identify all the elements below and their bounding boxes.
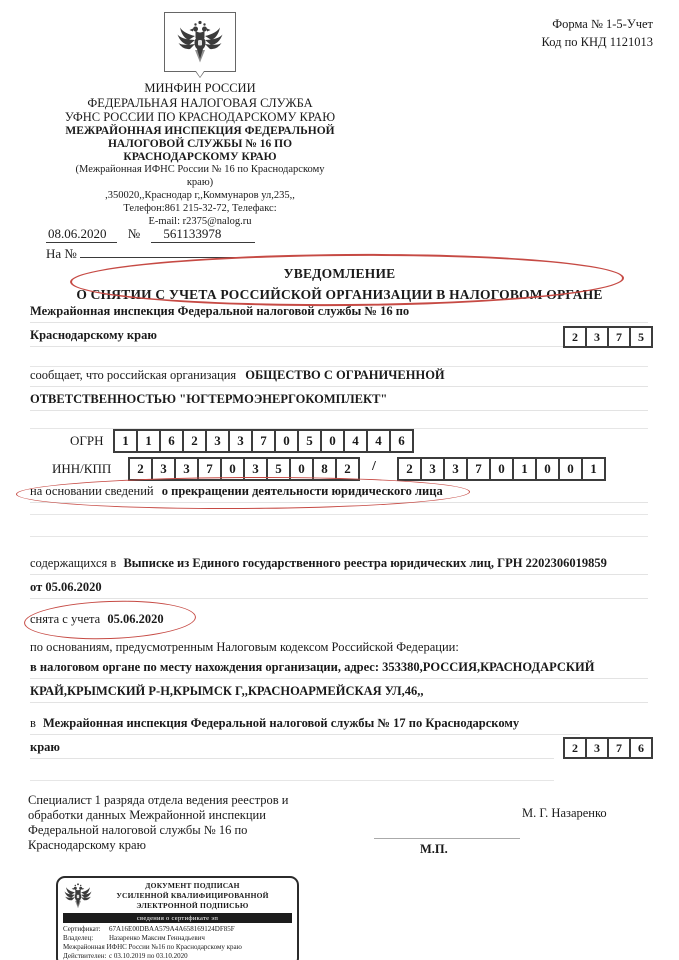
- letterhead-phone: Телефон:861 215-32-72, Телефакс:: [36, 203, 364, 216]
- inn-digit-cell: 2: [129, 458, 152, 480]
- seal-place-label: М.П.: [420, 842, 448, 857]
- code-digit-cell: 6: [630, 738, 652, 758]
- authority-name-line-2: Краснодарскому краю: [30, 328, 648, 347]
- form-number: Форма № 1-5-Учет: [542, 16, 653, 34]
- coat-of-arms-icon: [63, 881, 93, 911]
- ogrn-digit-cell: 1: [137, 430, 160, 452]
- signature-line: [374, 838, 520, 839]
- letterhead: МИНФИН РОССИИ ФЕДЕРАЛЬНАЯ НАЛОГОВАЯ СЛУЖ…: [36, 12, 364, 228]
- stamp-validity-row: Действителен: с 03.10.2019 по 03.10.2020: [63, 952, 292, 960]
- letterhead-line-bold: МЕЖРАЙОННАЯ ИНСПЕКЦИЯ ФЕДЕРАЛЬНОЙ: [36, 125, 364, 138]
- transfer-authority-line-2: краю: [30, 740, 554, 759]
- inn-boxes: 2 3 3 7 0 3 5 0 8 2: [128, 457, 360, 481]
- coat-of-arms-icon: [164, 12, 236, 72]
- kpp-digit-cell: 1: [582, 458, 605, 480]
- stamp-header: ДОКУМЕНТ ПОДПИСАН УСИЛЕННОЙ КВАЛИФИЦИРОВ…: [63, 881, 292, 911]
- letterhead-line-small: (Межрайонная ИФНС России № 16 по Краснод…: [36, 164, 364, 177]
- blank-field-line: [30, 766, 554, 781]
- letterhead-line-bold: КРАСНОДАРСКОМУ КРАЮ: [36, 151, 364, 164]
- inn-digit-cell: 3: [152, 458, 175, 480]
- kpp-digit-cell: 7: [467, 458, 490, 480]
- document-date: 08.06.2020: [46, 226, 117, 243]
- ogrn-label: ОГРН: [70, 433, 104, 449]
- kpp-digit-cell: 1: [513, 458, 536, 480]
- blank-field-line: [30, 414, 648, 429]
- letterhead-line: ФЕДЕРАЛЬНАЯ НАЛОГОВАЯ СЛУЖБА: [36, 96, 364, 111]
- kpp-digit-cell: 0: [490, 458, 513, 480]
- code-digit-cell: 5: [630, 327, 652, 347]
- stamp-owner-row: Владелец: Назаренко Максим Геннадьевич: [63, 934, 292, 943]
- document-number: 561133978: [151, 226, 255, 243]
- transfer-code-boxes: 2 3 7 6: [563, 737, 653, 759]
- deregistration-line: снята с учета 05.06.2020: [30, 612, 648, 630]
- stamp-details: Сертификат: 67A16E00DBAA579A4A658169124D…: [63, 925, 292, 960]
- code-digit-cell: 7: [608, 327, 630, 347]
- kpp-digit-cell: 0: [559, 458, 582, 480]
- ogrn-digit-cell: 7: [252, 430, 275, 452]
- contained-line-2: от 05.06.2020: [30, 580, 648, 599]
- ogrn-digit-cell: 4: [367, 430, 390, 452]
- inn-digit-cell: 3: [244, 458, 267, 480]
- grounds-line: по основаниям, предусмотренным Налоговым…: [30, 640, 648, 658]
- ogrn-boxes: 1 1 6 2 3 3 7 0 5 0 4 4 6: [113, 429, 414, 453]
- letterhead-line: УФНС РОССИИ ПО КРАСНОДАРСКОМУ КРАЮ: [36, 110, 364, 125]
- inn-digit-cell: 3: [175, 458, 198, 480]
- letterhead-line-bold: НАЛОГОВОЙ СЛУЖБЫ № 16 ПО: [36, 138, 364, 151]
- code-digit-cell: 2: [564, 738, 586, 758]
- letterhead-line-small: краю): [36, 177, 364, 190]
- number-sign: №: [128, 226, 140, 241]
- reply-ref-row: На №: [46, 244, 255, 264]
- code-digit-cell: 2: [564, 327, 586, 347]
- inn-digit-cell: 0: [290, 458, 313, 480]
- stamp-certificate-bar: сведения о сертификате эп: [63, 913, 292, 923]
- stamp-title: ДОКУМЕНТ ПОДПИСАН УСИЛЕННОЙ КВАЛИФИЦИРОВ…: [93, 881, 292, 910]
- inn-kpp-separator: /: [372, 459, 376, 475]
- knd-code: Код по КНД 1121013: [542, 34, 653, 52]
- blank-field-line: [30, 500, 648, 515]
- kpp-digit-cell: 3: [444, 458, 467, 480]
- letterhead-line: МИНФИН РОССИИ: [36, 81, 364, 96]
- ogrn-digit-cell: 6: [390, 430, 413, 452]
- address-line-2: КРАЙ,КРЫМСКИЙ Р-Н,КРЫМСК Г,,КРАСНОАРМЕЙС…: [30, 684, 648, 703]
- letterhead-address: ,350020,,Краснодар г,,Коммунаров ул,235,…: [36, 190, 364, 203]
- blank-field-line: [30, 352, 648, 367]
- kpp-digit-cell: 3: [421, 458, 444, 480]
- kpp-digit-cell: 0: [536, 458, 559, 480]
- reply-ref-label: На №: [46, 246, 77, 261]
- ogrn-digit-cell: 4: [344, 430, 367, 452]
- signatory-name: М. Г. Назаренко: [522, 806, 607, 821]
- reference-block: 08.06.2020 № 561133978 На №: [46, 224, 255, 263]
- ogrn-digit-cell: 0: [321, 430, 344, 452]
- ogrn-digit-cell: 6: [160, 430, 183, 452]
- title-line-2: О СНЯТИИ С УЧЕТА РОССИЙСКОЙ ОРГАНИЗАЦИИ …: [0, 284, 679, 305]
- organization-line-2: ОТВЕТСТВЕННОСТЬЮ "ЮГТЕРМОЭНЕРГОКОМПЛЕКТ": [30, 392, 648, 411]
- inn-kpp-label: ИНН/КПП: [52, 461, 111, 477]
- form-reference-block: Форма № 1-5-Учет Код по КНД 1121013: [542, 16, 653, 51]
- stamp-organization-row: Межрайонная ИФНС России №16 по Краснодар…: [63, 943, 292, 952]
- authority-code-boxes: 2 3 7 5: [563, 326, 653, 348]
- code-digit-cell: 3: [586, 327, 608, 347]
- digital-signature-stamp: ДОКУМЕНТ ПОДПИСАН УСИЛЕННОЙ КВАЛИФИЦИРОВ…: [56, 876, 299, 960]
- kpp-boxes: 2 3 3 7 0 1 0 0 1: [397, 457, 606, 481]
- reply-ref-blank: [80, 244, 248, 258]
- authority-name-line-1: Межрайонная инспекция Федеральной налого…: [30, 304, 648, 323]
- ogrn-digit-cell: 1: [114, 430, 137, 452]
- ogrn-digit-cell: 0: [275, 430, 298, 452]
- ogrn-digit-cell: 3: [206, 430, 229, 452]
- address-line-1: в налоговом органе по месту нахождения о…: [30, 660, 648, 679]
- signatory-position: Специалист 1 разряда отдела ведения реес…: [28, 793, 348, 853]
- letterhead-text: МИНФИН РОССИИ ФЕДЕРАЛЬНАЯ НАЛОГОВАЯ СЛУЖ…: [36, 81, 364, 228]
- inn-digit-cell: 5: [267, 458, 290, 480]
- document-title: УВЕДОМЛЕНИЕ О СНЯТИИ С УЧЕТА РОССИЙСКОЙ …: [0, 263, 679, 305]
- document-page: Форма № 1-5-Учет Код по КНД 1121013 МИНФ…: [0, 0, 679, 960]
- code-digit-cell: 7: [608, 738, 630, 758]
- ogrn-digit-cell: 5: [298, 430, 321, 452]
- transfer-authority-line-1: в Межрайонная инспекция Федеральной нало…: [30, 716, 580, 735]
- inn-digit-cell: 0: [221, 458, 244, 480]
- organization-line-1: сообщает, что российская организация ОБЩ…: [30, 368, 648, 387]
- code-digit-cell: 3: [586, 738, 608, 758]
- kpp-digit-cell: 2: [398, 458, 421, 480]
- contained-line-1: содержащихся в Выписке из Единого госуда…: [30, 556, 648, 575]
- outgoing-ref-row: 08.06.2020 № 561133978: [46, 224, 255, 244]
- ogrn-digit-cell: 3: [229, 430, 252, 452]
- ogrn-digit-cell: 2: [183, 430, 206, 452]
- inn-digit-cell: 7: [198, 458, 221, 480]
- inn-digit-cell: 2: [336, 458, 359, 480]
- stamp-certificate-row: Сертификат: 67A16E00DBAA579A4A658169124D…: [63, 925, 292, 934]
- title-line-1: УВЕДОМЛЕНИЕ: [0, 263, 679, 284]
- inn-digit-cell: 8: [313, 458, 336, 480]
- blank-field-line: [30, 522, 648, 537]
